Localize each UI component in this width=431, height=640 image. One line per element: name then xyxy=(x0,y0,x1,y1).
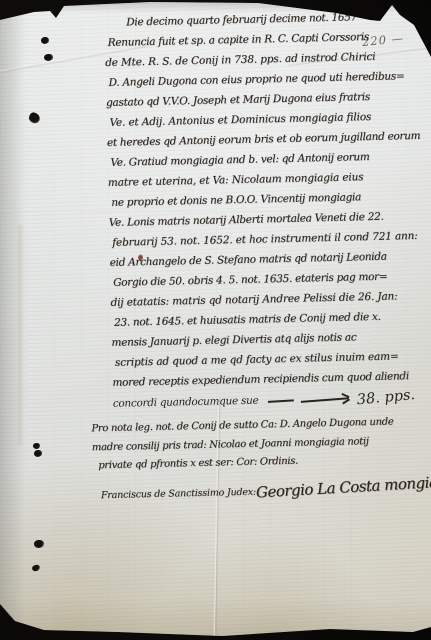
manuscript-page: 220 — Die decimo quarto februarij decime… xyxy=(0,0,431,640)
witness-subscription: Franciscus de Sanctissimo Judex: xyxy=(101,479,256,501)
sum-line-text: concordi quandocumque sue xyxy=(113,394,259,409)
flourish-arrow-icon xyxy=(267,398,348,401)
wormhole xyxy=(34,450,42,457)
manuscript-text: Die decimo quarto februarij decime not. … xyxy=(104,6,417,500)
wormhole xyxy=(34,540,44,548)
manuscript-body: Die decimo quarto februarij decime not. … xyxy=(104,6,415,393)
wormhole xyxy=(27,111,41,125)
wormhole xyxy=(44,54,53,61)
closing-clause: Pro nota leg. not. de Conij de sutto Ca:… xyxy=(91,413,416,476)
notary-signature: Georgio La Costa mongiagigi. xyxy=(255,470,431,501)
fold-crease xyxy=(16,225,24,445)
wormhole xyxy=(31,564,40,572)
sum-amount: 38. pps. xyxy=(356,387,416,408)
signature-row: Franciscus de Sanctissimo Judex: Georgio… xyxy=(101,476,417,501)
photo-backdrop: 220 — Die decimo quarto februarij decime… xyxy=(0,0,431,640)
wormhole xyxy=(41,37,49,44)
wormhole xyxy=(33,443,40,449)
